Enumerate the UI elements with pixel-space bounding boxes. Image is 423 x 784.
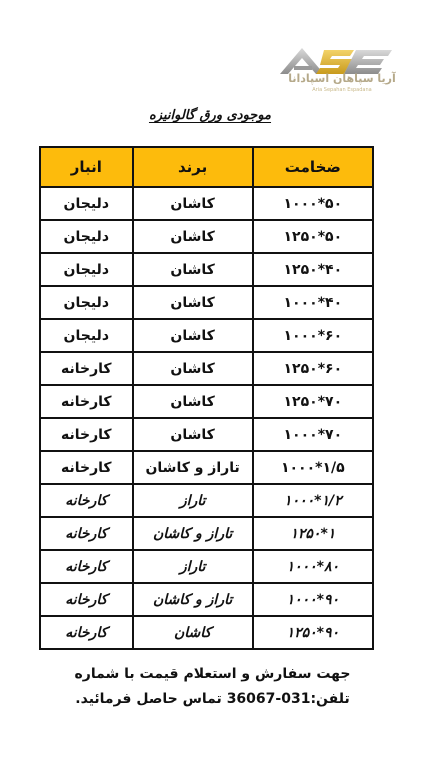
header-warehouse: انبار — [40, 147, 133, 187]
table-row: ۷۰*۱۰۰۰کاشانکارخانه — [40, 418, 373, 451]
cell-thickness: ۱/۲*۱۰۰۰ — [253, 484, 373, 517]
cell-thickness: ۸۰*۱۰۰۰ — [253, 550, 373, 583]
cell-thickness: ۱*۱۲۵۰ — [253, 517, 373, 550]
cell-brand: تاراز و کاشان — [133, 517, 253, 550]
cell-thickness: ۱/۵*۱۰۰۰ — [253, 451, 373, 484]
cell-thickness: ۵۰*۱۲۵۰ — [253, 220, 373, 253]
cell-thickness: ۷۰*۱۲۵۰ — [253, 385, 373, 418]
cell-brand: کاشان — [133, 253, 253, 286]
cell-thickness: ۴۰*۱۰۰۰ — [253, 286, 373, 319]
cell-brand: کاشان — [133, 352, 253, 385]
table-row: ۸۰*۱۰۰۰تارازکارخانه — [40, 550, 373, 583]
cell-brand: کاشان — [133, 220, 253, 253]
cell-warehouse: دلیجان — [40, 319, 133, 352]
table-row: ۵۰*۱۲۵۰کاشاندلیجان — [40, 220, 373, 253]
cell-brand: تاراز و کاشان — [133, 451, 253, 484]
table-row: ۹۰*۱۰۰۰تاراز و کاشانکارخانه — [40, 583, 373, 616]
cell-thickness: ۹۰*۱۲۵۰ — [253, 616, 373, 649]
logo-name-fa: آریا سپاهان اسپادانا — [268, 72, 416, 85]
cell-warehouse: دلیجان — [40, 187, 133, 220]
cell-brand: کاشان — [133, 418, 253, 451]
cell-thickness: ۹۰*۱۰۰۰ — [253, 583, 373, 616]
cell-warehouse: دلیجان — [40, 286, 133, 319]
cell-thickness: ۶۰*۱۲۵۰ — [253, 352, 373, 385]
table-row: ۵۰*۱۰۰۰کاشاندلیجان — [40, 187, 373, 220]
table-row: ۷۰*۱۲۵۰کاشانکارخانه — [40, 385, 373, 418]
ase-logo-mark-icon — [272, 46, 412, 74]
cell-brand: تاراز و کاشان — [133, 583, 253, 616]
table-row: ۴۰*۱۰۰۰کاشاندلیجان — [40, 286, 373, 319]
cell-brand: کاشان — [133, 286, 253, 319]
table-header-row: ضخامت برند انبار — [40, 147, 373, 187]
contact-line-1: جهت سفارش و استعلام قیمت با شماره — [40, 662, 385, 687]
header-thickness: ضخامت — [253, 147, 373, 187]
cell-warehouse: کارخانه — [40, 451, 133, 484]
cell-brand: کاشان — [133, 385, 253, 418]
cell-brand: کاشان — [133, 319, 253, 352]
cell-warehouse: کارخانه — [40, 352, 133, 385]
cell-warehouse: کارخانه — [40, 385, 133, 418]
cell-brand: تاراز — [133, 550, 253, 583]
cell-thickness: ۶۰*۱۰۰۰ — [253, 319, 373, 352]
cell-warehouse: کارخانه — [40, 418, 133, 451]
table-row: ۶۰*۱۰۰۰کاشاندلیجان — [40, 319, 373, 352]
cell-warehouse: کارخانه — [40, 616, 133, 649]
cell-warehouse: کارخانه — [40, 583, 133, 616]
cell-thickness: ۵۰*۱۰۰۰ — [253, 187, 373, 220]
cell-brand: کاشان — [133, 187, 253, 220]
table-row: ۴۰*۱۲۵۰کاشاندلیجان — [40, 253, 373, 286]
table-row: ۶۰*۱۲۵۰کاشانکارخانه — [40, 352, 373, 385]
page-title: موجودی ورق گالوانیزه — [100, 108, 320, 123]
table-row: ۱*۱۲۵۰تاراز و کاشانکارخانه — [40, 517, 373, 550]
cell-thickness: ۷۰*۱۰۰۰ — [253, 418, 373, 451]
contact-line-2: تلفن:031-36067 تماس حاصل فرمائید. — [40, 687, 385, 712]
cell-warehouse: دلیجان — [40, 220, 133, 253]
cell-brand: تاراز — [133, 484, 253, 517]
table-row: ۱/۲*۱۰۰۰تارازکارخانه — [40, 484, 373, 517]
cell-warehouse: دلیجان — [40, 253, 133, 286]
table-row: ۹۰*۱۲۵۰کاشانکارخانه — [40, 616, 373, 649]
cell-warehouse: کارخانه — [40, 484, 133, 517]
table-row: ۱/۵*۱۰۰۰تاراز و کاشانکارخانه — [40, 451, 373, 484]
logo-name-en: Aria Sepahan Espadana — [268, 87, 416, 93]
cell-brand: کاشان — [133, 616, 253, 649]
cell-thickness: ۴۰*۱۲۵۰ — [253, 253, 373, 286]
cell-warehouse: کارخانه — [40, 550, 133, 583]
header-brand: برند — [133, 147, 253, 187]
company-logo: آریا سپاهان اسپادانا Aria Sepahan Espada… — [268, 42, 418, 96]
contact-note: جهت سفارش و استعلام قیمت با شماره تلفن:0… — [40, 662, 385, 712]
cell-warehouse: کارخانه — [40, 517, 133, 550]
stock-table: ضخامت برند انبار ۵۰*۱۰۰۰کاشاندلیجان۵۰*۱۲… — [39, 146, 374, 650]
